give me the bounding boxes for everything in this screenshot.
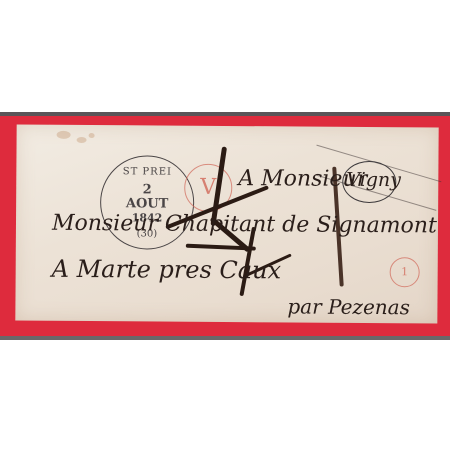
photo-top-edge — [0, 112, 450, 116]
foxing-stain — [89, 133, 95, 138]
postmark-town: ST PREI — [101, 166, 193, 178]
foxing-stain — [77, 137, 87, 143]
address-line-3: A Marte pres Caux — [52, 255, 282, 285]
address-line-2: Monsieur Chapitant de Signamont — [52, 211, 437, 239]
photo-bottom-edge — [0, 336, 450, 340]
address-line-1: A Monsieur — [238, 166, 367, 192]
red-circular-stamp: 1 — [390, 257, 420, 287]
postmark-month: AOUT — [101, 196, 193, 212]
cover-photograph: ST PREI 2 AOUT 1842 (30) V 1 Vigny A Mon… — [0, 112, 450, 340]
foxing-stain — [57, 131, 71, 139]
address-line-4: par Pezenas — [287, 294, 410, 319]
letter-cover: ST PREI 2 AOUT 1842 (30) V 1 Vigny A Mon… — [15, 125, 438, 324]
